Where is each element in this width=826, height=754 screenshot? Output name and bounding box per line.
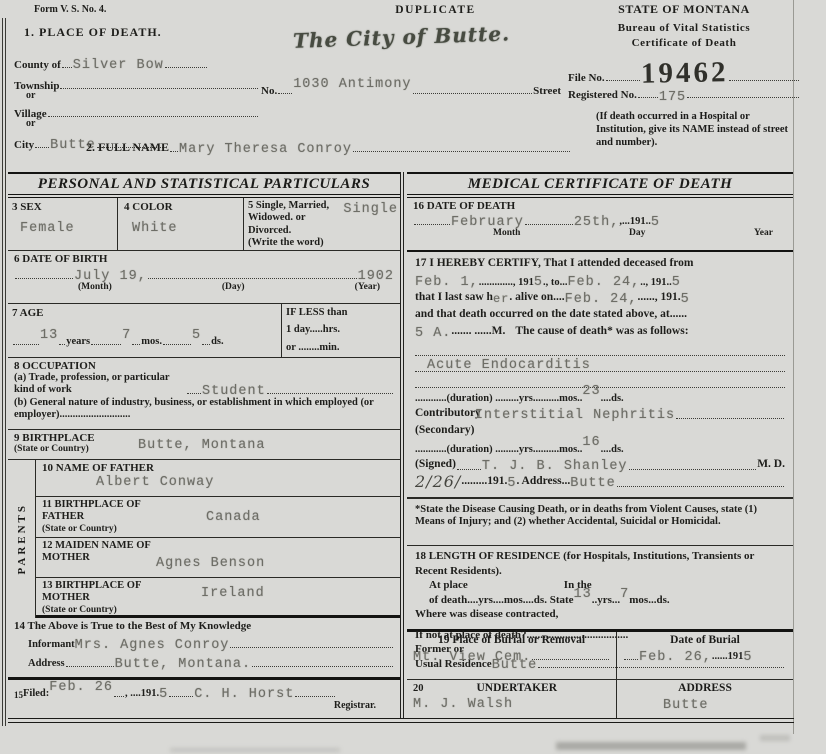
father-birthplace-field: 11 BIRTHPLACE OF FATHER (State or Countr… [36,497,400,538]
state-title: STATE OF MONTANA [568,2,800,17]
marital-sub: (Write the word) [248,237,396,249]
md-label: M. D. [757,456,785,473]
personal-section-title: PERSONAL AND STATISTICAL PARTICULARS [8,172,400,198]
scan-smudge [556,742,746,750]
certificate-line: Certificate of Death [568,37,800,49]
filed-field: 15 Filed: Feb. 26 , ....191. 5 C. H. Hor… [14,685,394,700]
burial-year-typed: 5 [743,650,752,665]
filed-block: 15 Filed: Feb. 26 , ....191. 5 C. H. Hor… [8,680,400,718]
attestation-label: 14 The Above is True to the Best of My K… [14,620,394,632]
duration1-label: ............(duration) .........yrs.....… [415,393,582,405]
full-name-field: 2. FULL NAME Mary Theresa Conroy [86,140,571,155]
father-birthplace-sublabel: (State or Country) [42,524,394,534]
township-label: Township [14,80,59,92]
sex-label: 3 SEX [12,201,113,213]
duration2-label: ............(duration) .........yrs.....… [415,444,582,456]
dob-value: July 19, [74,269,147,284]
duration1-line: ............(duration) .........yrs.....… [415,388,785,405]
filed-label: Filed: [23,688,49,700]
last-saw-mid: . alive on.... [509,289,564,306]
filed-number: 15 [14,690,23,700]
attended-dates-line: Feb. 1, ............., 191 5 ., to... Fe… [415,272,785,289]
color-field: 4 COLOR White [118,198,244,250]
father-name-label: 10 NAME OF FATHER [42,462,394,474]
parents-label: PARENTS [16,503,28,575]
age-years-label: years [66,336,90,348]
attended-to-date: Feb. 24, [567,274,640,291]
father-name-value: Albert Conway [96,475,214,490]
attended-from-date: Feb. 1, [415,274,479,291]
death-certificate-scan: Form V. S. No. 4. 1. PLACE OF DEATH. Cou… [0,0,826,754]
death-time-line: 5 A. ....... ......M. The cause of death… [415,323,785,340]
village-or: or [26,120,259,127]
duplicate-label: DUPLICATE [298,4,573,16]
footnote-block: *State the Disease Causing Death, or in … [407,498,793,546]
undertaker-address-cell: ADDRESS Butte [617,680,793,718]
date-of-death-year-typed: 5 [651,215,660,230]
sex-value: Female [20,221,113,236]
date-of-death-day: 25th, [574,215,620,230]
undertaker-row: 20 UNDERTAKER M. J. Walsh ADDRESS Butte [407,680,793,718]
attended-to-mid: .., 191.. [640,277,672,289]
registered-label: Registered No. [568,89,637,101]
mother-maiden-name-field: 12 MAIDEN NAME OF MOTHER Agnes Benson [36,538,400,578]
cause-value-line: Acute Endocarditis [415,356,785,372]
duration1-days-value: 23 [582,383,600,400]
signed-address-value: Butte [570,475,616,492]
last-saw-pre: that I last saw h [415,289,493,306]
dod-year-sublabel: Year [754,228,773,238]
parents-label-cell: PARENTS [8,460,36,618]
date-of-death-label: 16 DATE OF DEATH [413,200,787,212]
birthplace-field: 9 BIRTHPLACE (State or Country) Butte, M… [8,430,400,460]
signed-date-line: 2/26/ .........191. 5 . Address... Butte [415,473,785,490]
filed-date-value: Feb. 26 [49,680,113,695]
residence-sep: ..yrs... [592,593,620,608]
house-no-label: No. [261,85,277,97]
if-less-line1: IF LESS than [286,307,396,319]
attended-from-mid: ............., 191 [479,277,534,289]
color-value: White [132,221,237,236]
signed-date-handwritten: 2/26/ [415,473,461,490]
cause-of-death-value: Acute Endocarditis [427,358,591,373]
cause-intro: The cause of death* was as follows: [515,323,688,340]
death-time-m: ....... ......M. [451,323,505,340]
signed-value: T. J. B. Shanley [482,458,628,475]
mother-maiden-name-label: 12 MAIDEN NAME OF MOTHER [42,540,162,565]
full-name-label: 2. FULL NAME [86,140,169,155]
last-saw-date: Feb. 24, [565,291,638,308]
undertaker-value: M. J. Walsh [413,697,610,712]
mother-birthplace-field: 13 BIRTHPLACE OF MOTHER (State or Countr… [36,578,400,618]
marital-value: Single [343,202,398,217]
residence-tail: mos...ds. [629,593,669,608]
attended-from-year: 5 [534,274,543,291]
place-of-death-block: Form V. S. No. 4. 1. PLACE OF DEATH. Cou… [14,4,259,151]
file-no-label: File No. [568,72,605,84]
dod-day-sublabel: Day [629,228,645,238]
place-of-death-title: 1. PLACE OF DEATH. [24,25,259,40]
left-double-border [2,18,6,726]
informant-label: Informant [28,639,75,651]
burial-date-value: Feb. 26, [639,650,712,665]
column-divider [400,172,404,718]
if-less-than-cell: IF LESS than 1 day.....hrs. or ........m… [282,304,400,357]
attended-to-word: ., to... [543,277,568,289]
age-months-label: mos. [141,336,162,348]
attestation-block: 14 The Above is True to the Best of My K… [8,618,400,680]
death-occurred-line: and that death occurred on the date stat… [415,306,785,323]
contracted-label: Where was disease contracted, [415,607,785,622]
at-place-label: At place [429,578,468,593]
duration2-line: ............(duration) .........yrs.....… [415,439,785,456]
medical-section-title: MEDICAL CERTIFICATE OF DEATH [407,172,793,198]
dob-day-sublabel: (Day) [222,282,245,292]
marital-field: 5 Single, Married, Widowed. or Divorced.… [244,198,400,250]
header-middle-block: DUPLICATE The City of Butte. No. 1030 An… [253,4,573,97]
filed-year-printed: , ....191. [125,688,159,700]
township-or: or [26,92,259,99]
filed-year-typed: 5 [159,687,168,702]
date-of-birth-field: 6 DATE OF BIRTH July 19, 1902 (Month) (D… [8,251,400,304]
color-label: 4 COLOR [124,201,237,213]
residence-block: 18 LENGTH OF RESIDENCE (for Hospitals, I… [407,546,793,632]
full-name-value: Mary Theresa Conroy [179,142,352,157]
burial-year-printed: ......191 [712,651,744,663]
occupation-field: 8 OCCUPATION (a) Trade, profession, or p… [8,358,400,430]
residence-label: 18 LENGTH OF RESIDENCE (for Hospitals, I… [415,549,785,578]
file-no-field: File No. 19462 [568,51,800,84]
county-label: County of [14,59,61,71]
certify-intro: 17 I HEREBY CERTIFY, That I attended dec… [415,255,785,272]
age-years-value: 13 [40,328,58,343]
if-less-line3: or ........min. [286,342,396,354]
burial-date-cell: Date of Burial Feb. 26, ......191 5 [617,632,793,679]
file-no-value: 19462 [640,56,728,91]
city-stamp: The City of Butte. [293,19,574,53]
attended-to-year: 5 [672,274,681,291]
informant-address-field: Address Butte, Montana. [28,655,394,670]
duration2-days-value: 16 [582,434,600,451]
mother-birthplace-value: Ireland [201,586,265,601]
county-field: County of Silver Bow [14,56,259,71]
date-of-death-year-printed: ,...191.. [619,216,651,228]
mother-maiden-name-value: Agnes Benson [156,556,265,571]
date-of-death-field: 16 DATE OF DEATH February 25th, ,...191.… [407,198,793,252]
dob-year-value: 1902 [358,269,394,284]
occupation-a-value: Student [202,384,266,399]
burial-place-value: Mt. View Cem. [413,650,531,665]
scan-smudge [170,748,340,752]
street-label: Street [533,85,561,97]
signed-address-label: . Address... [516,473,570,490]
township-field: Township [14,80,259,92]
occupation-a-label: (a) Trade, profession, or particular kin… [14,372,186,397]
residence-of-death-line: of death....yrs....mos....ds. State [429,593,574,608]
bureau-line: Bureau of Vital Statistics [568,22,800,34]
street-field: No. 1030 Antimony Street [261,82,561,97]
scan-smudge [760,735,790,741]
undertaker-number: 20 [413,683,424,695]
footnote-text: *State the Disease Causing Death, or in … [415,504,785,529]
registrar-value: C. H. Horst [194,687,294,702]
registered-value: 175 [659,90,686,105]
undertaker-address-value: Butte [663,698,787,713]
signed-line: (Signed) T. J. B. Shanley M. D. [415,456,785,473]
medical-certificate-column: MEDICAL CERTIFICATE OF DEATH 16 DATE OF … [407,172,793,718]
personal-particulars-column: PERSONAL AND STATISTICAL PARTICULARS 3 S… [8,172,400,718]
age-months-value: 7 [122,328,131,343]
father-birthplace-label: 11 BIRTHPLACE OF FATHER [42,499,162,524]
street-value: 1030 Antimony [293,77,411,92]
age-row: 7 AGE 13 years 7 mos. 5 ds. IF LE [8,304,400,358]
undertaker-address-label: ADDRESS [623,682,787,694]
age-field: 7 AGE 13 years 7 mos. 5 ds. [8,304,282,357]
residence-state-months: 7 [620,588,629,603]
father-birthplace-value: Canada [206,510,261,525]
informant-value: Mrs. Agnes Conroy [75,638,230,653]
burial-date-label: Date of Burial [623,634,787,646]
last-saw-er: er [493,291,509,308]
occupation-label: 8 OCCUPATION [14,360,394,372]
residence-values-line: of death....yrs....mos....ds. State 13 .… [415,593,785,608]
age-days-label: ds. [211,336,224,348]
undertaker-cell: 20 UNDERTAKER M. J. Walsh [407,680,617,718]
burial-place-label: 19 Place of Burial or Removal [413,634,610,646]
age-days-value: 5 [192,328,201,343]
informant-field: Informant Mrs. Agnes Conroy [28,636,394,651]
sex-field: 3 SEX Female [8,198,118,250]
duration2-tail: ....ds. [601,444,624,456]
header-section: Form V. S. No. 4. 1. PLACE OF DEATH. Cou… [8,0,798,172]
contributory-line: Contributory Interstitial Nephritis [415,405,785,422]
age-label: 7 AGE [12,307,277,319]
date-of-death-month: February [451,215,524,230]
contributory-label: Contributory [415,405,481,422]
duration1-tail: ....ds. [601,393,624,405]
parents-group: PARENTS 10 NAME OF FATHER Albert Conway … [8,460,400,618]
certification-block: 17 I HEREBY CERTIFY, That I attended dec… [407,252,793,498]
bottom-double-rule [8,718,794,723]
birthplace-value: Butte, Montana [138,438,265,453]
undertaker-label: UNDERTAKER [424,682,611,694]
state-block: STATE OF MONTANA Bureau of Vital Statist… [568,2,800,149]
village-field: Village [14,108,259,120]
burial-row: 19 Place of Burial or Removal Mt. View C… [407,632,793,680]
residence-subheads: At place In the [415,578,785,593]
sex-color-marital-row: 3 SEX Female 4 COLOR White 5 Single, Mar… [8,198,400,251]
dob-label: 6 DATE OF BIRTH [14,253,394,265]
if-less-line2: 1 day.....hrs. [286,324,396,336]
contributory-value: Interstitial Nephritis [475,407,675,424]
mother-birthplace-label: 13 BIRTHPLACE OF MOTHER [42,580,162,605]
residence-state-years: 13 [574,588,592,603]
marital-label: 5 Single, Married, Widowed. or Divorced. [248,200,344,237]
last-saw-year: 5 [681,291,690,308]
death-time-value: 5 A. [415,325,451,342]
form-number: Form V. S. No. 4. [34,4,259,15]
city-label: City [14,139,34,151]
signed-label: (Signed) [415,456,456,473]
last-saw-line: that I last saw h er . alive on.... Feb.… [415,289,785,306]
county-value: Silver Bow [73,58,164,73]
last-saw-mid2: ......, 191. [637,289,680,306]
cause-dotted-line-1 [415,340,785,356]
signed-year-printed: .........191. [461,473,507,490]
father-name-field: 10 NAME OF FATHER Albert Conway [36,460,400,497]
informant-address-label: Address [28,658,65,670]
hospital-note: (If death occurred in a Hospital or Inst… [596,111,800,149]
signed-year-typed: 5 [507,475,516,492]
occupation-b-label: (b) General nature of industry, business… [14,397,394,422]
mother-birthplace-sublabel: (State or Country) [42,605,394,615]
informant-address-value: Butte, Montana. [115,657,252,672]
